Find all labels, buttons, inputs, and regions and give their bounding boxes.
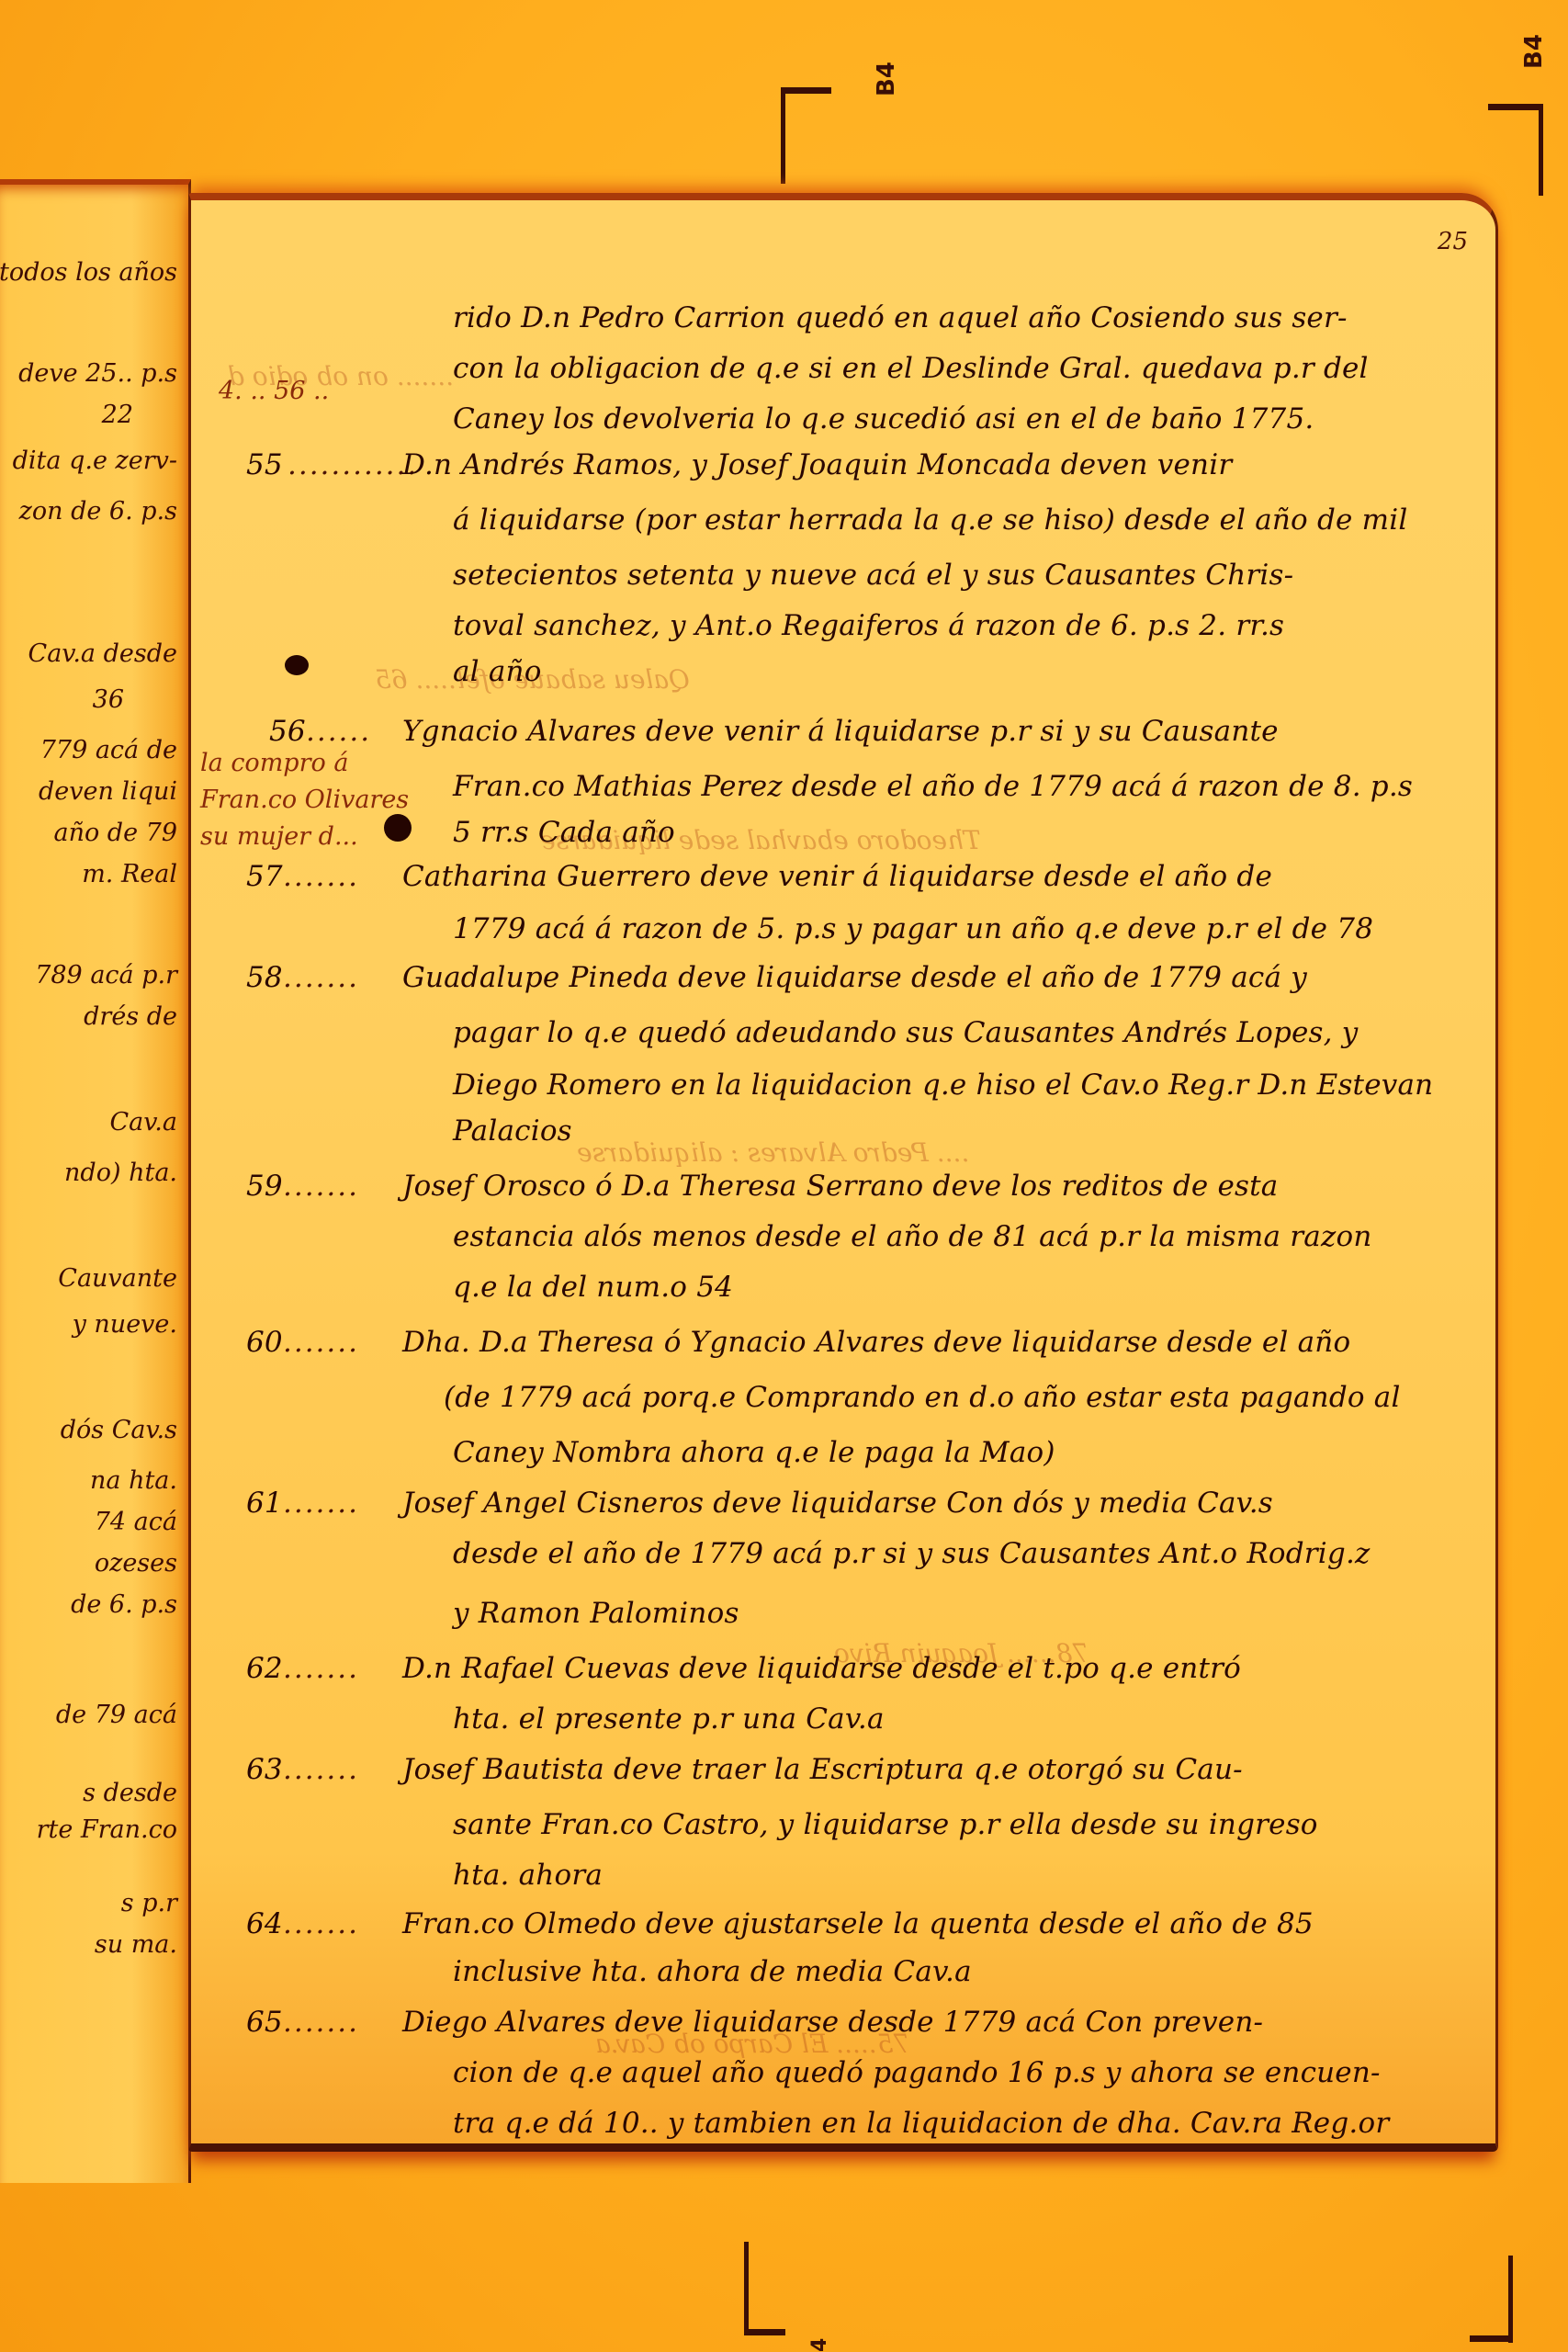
leader-dots: ....... bbox=[283, 2006, 359, 2039]
entry-number: 56 bbox=[269, 715, 306, 748]
left-page-line: dós Cav.s bbox=[61, 1416, 177, 1444]
crop-mark-top-right-v bbox=[1539, 104, 1543, 196]
left-page-line: Cav.a bbox=[110, 1108, 178, 1136]
left-page-line: Cav.a desde bbox=[28, 639, 177, 668]
left-page-line: na hta. bbox=[90, 1466, 177, 1495]
left-page-line: s desde bbox=[83, 1779, 177, 1807]
left-page-line: ndo) hta. bbox=[64, 1159, 177, 1187]
left-page-line: ozeses bbox=[95, 1549, 177, 1577]
entry-number: 60 bbox=[246, 1326, 283, 1359]
left-page-line: su ma. bbox=[95, 1930, 177, 1959]
left-page-line: dita q.e zerv- bbox=[13, 447, 177, 475]
entry-64: 64 ....... Fran.co Olmedo deve ajustarse… bbox=[191, 1907, 1468, 1959]
left-page-line: de 6. p.s bbox=[71, 1590, 177, 1619]
entry-number: 64 bbox=[246, 1907, 283, 1940]
leader-dots: ....... bbox=[283, 1907, 359, 1940]
entry-line: pagar lo q.e quedó adeudando sus Causant… bbox=[191, 1016, 1468, 1068]
left-page-line: 22 bbox=[102, 401, 133, 429]
entry-line: hta. ahora bbox=[191, 1859, 1468, 1910]
entry-line: 1779 acá á razon de 5. p.s y pagar un añ… bbox=[191, 912, 1468, 964]
crop-mark-top-left-v bbox=[781, 87, 785, 184]
crop-label-top-right: B4 bbox=[1520, 34, 1548, 69]
entry-65: 65 ....... Diego Alvares deve liquidarse… bbox=[191, 2006, 1468, 2057]
entry-number: 62 bbox=[246, 1652, 283, 1685]
entry-60: 60 ....... Dha. D.a Theresa ó Ygnacio Al… bbox=[191, 1326, 1468, 1377]
entry-line: á liquidarse (por estar herrada la q.e s… bbox=[191, 503, 1468, 555]
entry-line: inclusive hta. ahora de media Cav.a bbox=[191, 1955, 1468, 2007]
left-page-line: 779 acá de bbox=[40, 736, 177, 764]
leader-dots: ....... bbox=[283, 1487, 359, 1520]
crop-label-top-left: B4 bbox=[873, 62, 900, 96]
left-page-line: 36 bbox=[93, 685, 124, 714]
entry-number: 57 bbox=[246, 860, 283, 893]
entry-line: Caney Nombra ahora q.e le paga la Mao) bbox=[191, 1436, 1468, 1487]
entry-number: 65 bbox=[246, 2006, 283, 2039]
left-page-line: s p.r bbox=[121, 1889, 177, 1917]
entry-number: 59 bbox=[246, 1170, 283, 1203]
leader-dots: ....... bbox=[283, 1652, 359, 1685]
crop-mark-bottom-right-v bbox=[1508, 2256, 1513, 2343]
left-page-line: deven liqui bbox=[39, 777, 177, 806]
entry-line: Fran.co Mathias Perez desde el año de 17… bbox=[191, 770, 1468, 821]
entry-line: y Ramon Palominos bbox=[191, 1597, 1468, 1648]
crop-mark-bottom-left-h bbox=[744, 2329, 785, 2335]
entry-line: (de 1779 acá porq.e Comprando en d.o año… bbox=[191, 1381, 1468, 1432]
leader-dots: ...... bbox=[306, 715, 371, 748]
leader-dots: ....... bbox=[283, 961, 359, 994]
crop-mark-top-left-h bbox=[781, 87, 831, 94]
left-page-line: de 79 acá bbox=[56, 1701, 177, 1729]
left-page-line: Cauvante bbox=[58, 1264, 177, 1293]
manuscript-page: 25 ....... on ob odio d Qaleu sabaue ofe… bbox=[188, 193, 1498, 2152]
leader-dots: ....... bbox=[283, 1170, 359, 1203]
folio-number: 25 bbox=[1438, 228, 1468, 255]
entry-line: Caney los devolveria lo q.e sucedió asi … bbox=[191, 402, 1468, 454]
entry-line: sante Fran.co Castro, y liquidarse p.r e… bbox=[191, 1808, 1468, 1860]
entry-59: 59 ....... Josef Orosco ó D.a Theresa Se… bbox=[191, 1170, 1468, 1221]
left-page-line: rte Fran.co bbox=[37, 1815, 177, 1844]
left-page-line: zon de 6. p.s bbox=[19, 497, 177, 526]
entry-number: 58 bbox=[246, 961, 283, 994]
entry-line: toval sanchez, y Ant.o Regaiferos á razo… bbox=[191, 609, 1468, 661]
entry-line: setecientos setenta y nueve acá el y sus… bbox=[191, 559, 1468, 610]
entry-58: 58 ....... Guadalupe Pineda deve liquida… bbox=[191, 961, 1468, 1012]
entry-57: 57 ....... Catharina Guerrero deve venir… bbox=[191, 860, 1468, 911]
leader-dots: ....... bbox=[283, 1753, 359, 1786]
left-page-line: 789 acá p.r bbox=[35, 961, 177, 989]
left-page-line: m. Real bbox=[82, 860, 177, 888]
entry-line: Diego Romero en la liquidacion q.e hiso … bbox=[191, 1069, 1468, 1120]
left-facing-page: todos los años deve 25.. p.s 22 dita q.e… bbox=[0, 179, 191, 2183]
entry-line: tra q.e dá 10.. y tambien en la liquidac… bbox=[191, 2107, 1468, 2158]
entry-line: con la obligacion de q.e si en el Deslin… bbox=[191, 352, 1468, 403]
entry-number: 63 bbox=[246, 1753, 283, 1786]
left-page-line: drés de bbox=[84, 1002, 177, 1031]
leader-dots: ....... bbox=[283, 860, 359, 893]
left-page-line: 74 acá bbox=[95, 1508, 177, 1536]
entry-63: 63 ....... Josef Bautista deve traer la … bbox=[191, 1753, 1468, 1804]
entry-number: 61 bbox=[246, 1487, 283, 1520]
entry-line: hta. el presente p.r una Cav.a bbox=[191, 1702, 1468, 1754]
crop-label-bottom: 4 bbox=[808, 2338, 831, 2352]
entry-line: desde el año de 1779 acá p.r si y sus Ca… bbox=[191, 1537, 1468, 1589]
crop-mark-top-right-h bbox=[1488, 104, 1543, 110]
leader-dots: ....... bbox=[283, 1326, 359, 1359]
crop-mark-bottom-left-v bbox=[744, 2242, 749, 2334]
entry-line: al año bbox=[191, 655, 1468, 707]
entry-line: rido D.n Pedro Carrion quedó en aquel añ… bbox=[191, 301, 1468, 353]
left-page-line: año de 79 bbox=[53, 819, 177, 847]
entry-line: cion de q.e aquel año quedó pagando 16 p… bbox=[191, 2056, 1468, 2108]
left-page-line: todos los años bbox=[0, 258, 177, 287]
left-page-line: deve 25.. p.s bbox=[18, 359, 177, 388]
entry-56: 56 ...... Ygnacio Alvares deve venir á l… bbox=[191, 715, 1468, 766]
crop-mark-bottom-right-h bbox=[1470, 2335, 1513, 2342]
entry-line: Palacios bbox=[191, 1114, 1468, 1166]
left-page-line: y nueve. bbox=[73, 1310, 177, 1339]
entry-number: 55 bbox=[246, 448, 283, 481]
entry-61: 61 ....... Josef Angel Cisneros deve liq… bbox=[191, 1487, 1468, 1538]
entry-line: q.e la del num.o 54 bbox=[191, 1271, 1468, 1322]
entry-62: 62 ....... D.n Rafael Cuevas deve liquid… bbox=[191, 1652, 1468, 1703]
leader-dots: ............ bbox=[288, 448, 418, 481]
entry-55: 55 ............ D.n Andrés Ramos, y Jose… bbox=[191, 448, 1468, 500]
entry-line: estancia alós menos desde el año de 81 a… bbox=[191, 1220, 1468, 1272]
